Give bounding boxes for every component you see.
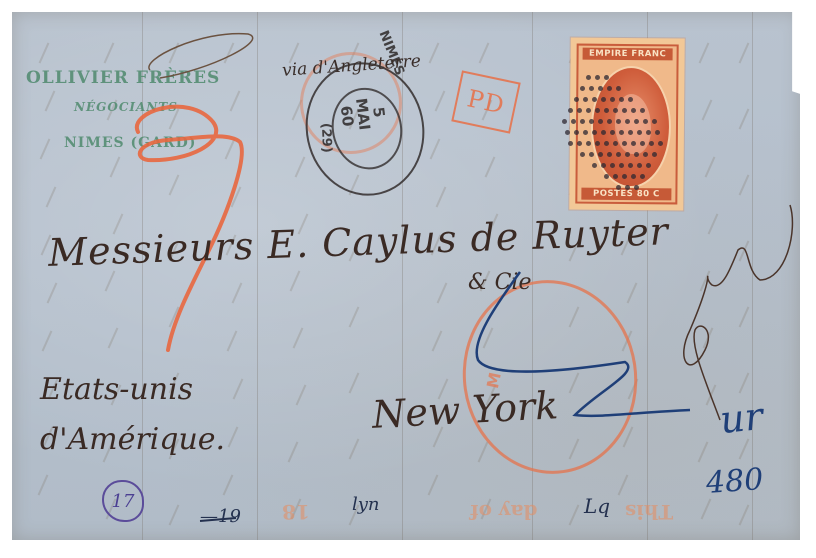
bleed-tick — [739, 241, 750, 262]
cancel-dot — [604, 174, 609, 179]
cancel-dot — [601, 97, 606, 102]
cancel-dot — [562, 119, 567, 124]
cancel-dot — [607, 86, 612, 91]
bleed-tick — [42, 331, 53, 352]
bleed-tick — [169, 43, 180, 64]
address-company-suffix: & Cie — [468, 270, 531, 295]
cancel-dot — [628, 130, 633, 135]
cancel-dot — [613, 174, 618, 179]
bleed-tick — [739, 439, 750, 460]
cancel-dot — [643, 152, 648, 157]
bleed-tick — [349, 439, 360, 460]
cancel-dot — [622, 108, 627, 113]
bleed-tick — [569, 505, 580, 526]
cancel-dot — [604, 75, 609, 80]
cancel-dot — [625, 152, 630, 157]
bleed-tick — [105, 271, 116, 292]
cancel-dot — [598, 119, 603, 124]
cancel-dot — [646, 130, 651, 135]
bleed-tick — [108, 328, 119, 349]
bleed-tick — [233, 379, 244, 400]
bleed-tick — [703, 328, 714, 349]
ledger-rule — [752, 12, 753, 540]
bleed-tick — [437, 283, 448, 304]
cancel-dot — [604, 108, 609, 113]
cancel-dot — [586, 108, 591, 113]
postmark-date: 5 MAI 60 — [335, 81, 390, 146]
cancel-dot — [658, 141, 663, 146]
cancel-dot — [592, 130, 597, 135]
address-country-line1: Etats-unis — [40, 372, 193, 407]
bleed-tick — [38, 475, 49, 496]
bleed-tick — [110, 157, 121, 178]
cancel-dot — [640, 108, 645, 113]
bleed-tick — [224, 43, 235, 64]
stamp-portrait-medallion — [590, 66, 671, 189]
bleed-tick — [47, 283, 58, 304]
cancel-dot — [571, 119, 576, 124]
bleed-tick — [295, 157, 306, 178]
bleed-tick — [739, 175, 750, 196]
cancel-dot — [640, 174, 645, 179]
cancel-dot — [640, 141, 645, 146]
cancel-dot — [574, 130, 579, 135]
bleed-tick — [706, 385, 717, 406]
cancel-dot — [616, 152, 621, 157]
cancel-dot — [631, 141, 636, 146]
bottom-note-2: lyn — [352, 494, 380, 515]
cancel-dot — [583, 97, 588, 102]
bottom-note-3: Lq — [584, 494, 610, 518]
cancel-dot — [619, 130, 624, 135]
cancel-dot — [625, 119, 630, 124]
bleed-through-text-1: 18 — [282, 500, 310, 524]
cancel-dot — [652, 152, 657, 157]
cancel-dot — [580, 119, 585, 124]
cancel-dot — [610, 163, 615, 168]
bleed-tick — [45, 91, 56, 112]
cancel-dot — [595, 75, 600, 80]
cancel-dot — [589, 152, 594, 157]
cancel-dot — [628, 163, 633, 168]
cancel-dot — [604, 141, 609, 146]
bleed-tick — [705, 157, 716, 178]
bleed-tick — [436, 187, 447, 208]
bleed-tick — [698, 442, 709, 463]
bleed-tick — [435, 91, 446, 112]
cancel-dot — [628, 97, 633, 102]
bleed-tick — [349, 373, 360, 394]
bleed-tick — [739, 109, 750, 130]
cancel-dot — [622, 174, 627, 179]
cancel-dot — [595, 108, 600, 113]
blue-rate-mark-bottom: 480 — [705, 462, 765, 501]
cancel-dot — [601, 163, 606, 168]
cancel-dot — [616, 119, 621, 124]
cancel-dot — [637, 163, 642, 168]
postmark-department: (29) — [318, 123, 334, 153]
bleed-tick — [228, 427, 239, 448]
cancel-dot — [577, 108, 582, 113]
bleed-tick — [627, 283, 638, 304]
bleed-tick — [478, 442, 489, 463]
cancel-dot — [646, 163, 651, 168]
cancel-dot — [643, 119, 648, 124]
cancel-dot — [634, 185, 639, 190]
cancel-dot — [610, 130, 615, 135]
cancel-dot — [634, 119, 639, 124]
bleed-tick — [739, 43, 750, 64]
cancel-dot — [622, 141, 627, 146]
cancel-dot — [601, 130, 606, 135]
bleed-tick — [618, 475, 629, 496]
bleed-tick — [432, 331, 443, 352]
cancel-dot — [589, 119, 594, 124]
circled-number-mark: 17 — [102, 480, 144, 522]
cancel-dot — [634, 152, 639, 157]
ledger-rule — [257, 12, 258, 540]
cancel-dot — [592, 163, 597, 168]
cancel-dot — [652, 119, 657, 124]
bleed-tick — [479, 43, 490, 64]
cancel-dot — [607, 152, 612, 157]
bleed-tick — [293, 328, 304, 349]
cancel-dot — [619, 97, 624, 102]
bleed-tick — [700, 271, 711, 292]
cancel-dot — [631, 108, 636, 113]
bleed-tick — [739, 505, 750, 526]
cancel-dot — [610, 97, 615, 102]
bleed-tick — [104, 43, 115, 64]
cancel-dot — [613, 141, 618, 146]
bleed-tick — [169, 505, 180, 526]
cancel-dot — [613, 108, 618, 113]
cancel-dot — [625, 185, 630, 190]
cancel-dot — [577, 141, 582, 146]
cancel-dot — [631, 174, 636, 179]
circled-number-text: 17 — [112, 491, 135, 512]
stamp-top-label: EMPIRE FRANC — [583, 48, 673, 61]
cancel-dot — [607, 119, 612, 124]
bleed-tick — [739, 307, 750, 328]
bleed-tick — [39, 43, 50, 64]
cancel-dot — [595, 141, 600, 146]
bleed-tick — [40, 139, 51, 160]
bleed-tick — [349, 307, 360, 328]
cancel-dot — [583, 130, 588, 135]
blue-rate-mark-top: ur — [718, 394, 765, 442]
cancel-dot — [568, 141, 573, 146]
cancel-dot — [649, 141, 654, 146]
bleed-tick — [699, 43, 710, 64]
cancel-dot — [592, 97, 597, 102]
cancel-dot — [616, 86, 621, 91]
address-country-line2: d'Amérique. — [40, 422, 225, 457]
cancel-dot — [586, 75, 591, 80]
bleed-tick — [429, 43, 440, 64]
cancel-dot — [598, 152, 603, 157]
postal-cover-scene: OLLIVIER FRÈRES NÉGOCIANTS NIMES (GARD) … — [0, 0, 816, 558]
cancel-dot — [580, 86, 585, 91]
cancel-dot — [619, 163, 624, 168]
cancel-dot — [586, 141, 591, 146]
cancel-dot — [616, 185, 621, 190]
cancel-dot — [568, 108, 573, 113]
sender-name: OLLIVIER FRÈRES — [26, 68, 220, 88]
bleed-tick — [428, 475, 439, 496]
bleed-tick — [485, 157, 496, 178]
cancel-dot — [580, 152, 585, 157]
cancel-dot — [565, 130, 570, 135]
cancel-dot — [589, 86, 594, 91]
bleed-tick — [223, 475, 234, 496]
bleed-tick — [288, 442, 299, 463]
cancel-dot — [598, 86, 603, 91]
bleed-through-text-2: day of — [470, 500, 537, 524]
bleed-tick — [739, 373, 750, 394]
bleed-tick — [46, 187, 57, 208]
bleed-tick — [296, 385, 307, 406]
bottom-note-1: —19 — [200, 506, 241, 527]
bleed-tick — [708, 214, 719, 235]
cancel-dot — [655, 130, 660, 135]
bleed-tick — [702, 100, 713, 121]
pd-text: PD — [465, 84, 507, 119]
cancel-dot — [637, 130, 642, 135]
bleed-tick — [430, 139, 441, 160]
cancel-dot — [574, 97, 579, 102]
bleed-through-text-3: This — [625, 500, 673, 524]
bleed-tick — [701, 499, 712, 520]
bleed-tick — [290, 271, 301, 292]
